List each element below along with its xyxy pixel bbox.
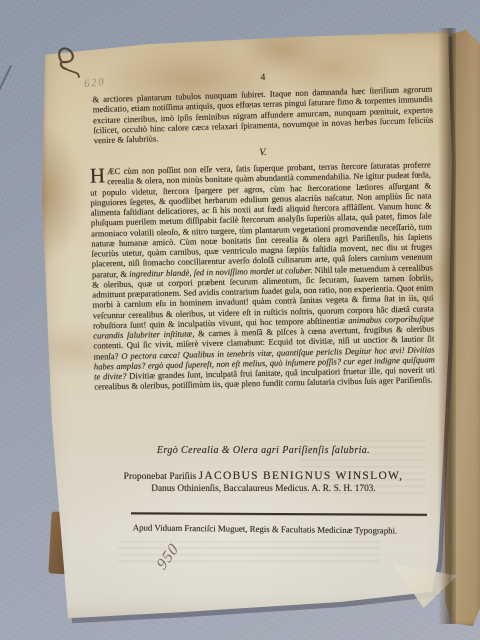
intro-paragraph: & arctiores plantarum tubulos nunquam ſu… — [92, 84, 433, 146]
byline-line2: Danus Othinienſis, Baccalaureus Medicus.… — [95, 484, 432, 495]
page-content: 620 4 & arctiores plantarum tubulos nunq… — [0, 0, 480, 640]
conclusion-line: Ergò Cerealia & Olera agri Pariſienſis ſ… — [95, 445, 432, 456]
byline-prefix: Proponebat Pariſiis — [124, 472, 199, 482]
dropcap-initial: H — [90, 166, 108, 184]
ink-doodle — [48, 42, 88, 86]
divider-rule — [131, 512, 427, 515]
byline-name: JACOBUS BENIGNUS WINSLOW, — [199, 470, 404, 482]
printer-imprint: Apud Viduam Franciſci Muguet, Regis & Fa… — [95, 522, 435, 536]
main-paragraph: HÆC cùm non poſſint non eſſe vera, ſatis… — [90, 159, 436, 392]
main-paragraph-text: ÆC cùm non poſſint non eſſe vera, ſatis … — [90, 159, 435, 391]
pencil-number-top: 620 — [83, 76, 105, 90]
byline-line1: Proponebat Pariſiis JACOBUS BENIGNUS WIN… — [95, 469, 432, 483]
byline: Proponebat Pariſiis JACOBUS BENIGNUS WIN… — [95, 469, 432, 495]
pencil-number-bottom: 950 — [154, 540, 183, 574]
